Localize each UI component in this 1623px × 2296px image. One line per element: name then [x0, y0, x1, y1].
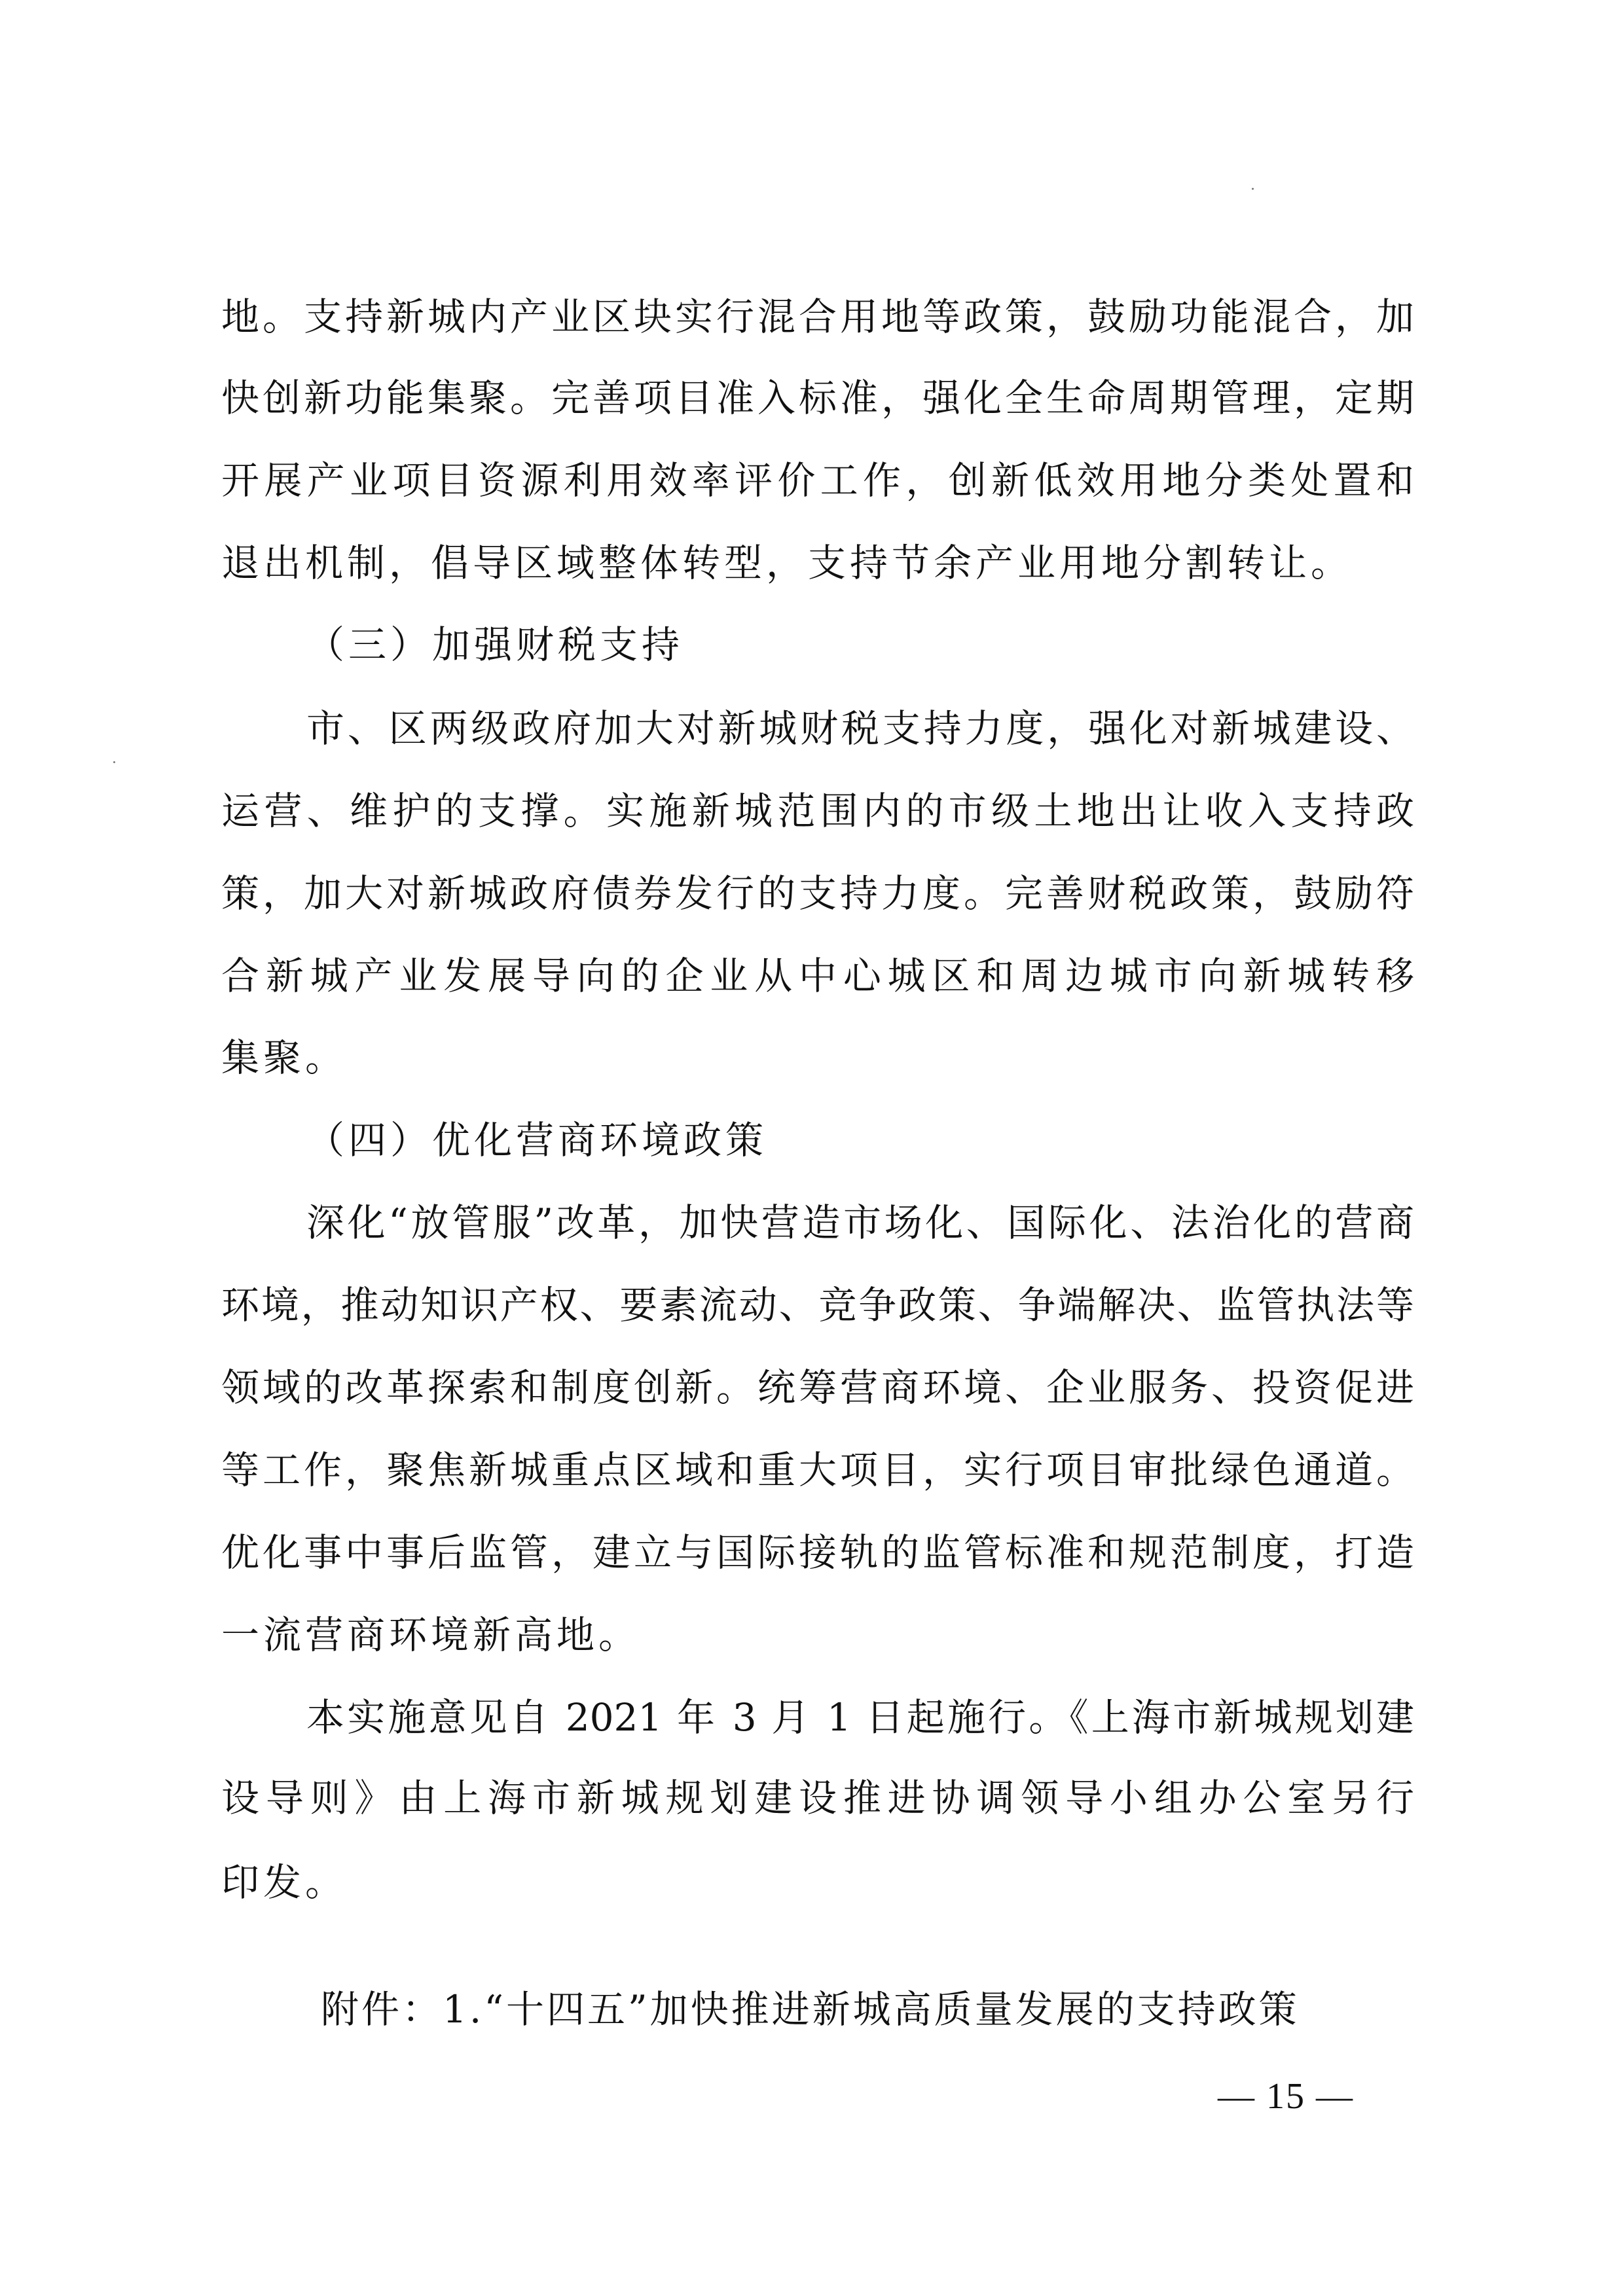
paragraph-line: 深化“放管服”改革，加快营造市场化、国际化、法治化的营商 [306, 1196, 1414, 1249]
section-heading-4: （四）优化营商环境政策 [306, 1114, 767, 1166]
paragraph-line: 市、区两级政府加大对新城财税支持力度，强化对新城建设、 [306, 702, 1414, 755]
attachment-line: 附件：1.“十四五”加快推进新城高质量发展的支持政策 [321, 1983, 1300, 2036]
paragraph-line: 印发。 [221, 1856, 347, 1909]
paragraph-line: 领域的改革探索和制度创新。统筹营商环境、企业服务、投资促进 [221, 1361, 1414, 1414]
paragraph-line: 本实施意见自 2021 年 3 月 1 日起施行。《上海市新城规划建 [306, 1691, 1414, 1744]
paragraph-line: 合新城产业发展导向的企业从中心城区和周边城市向新城转移 [221, 950, 1414, 1002]
paragraph-line: 运营、维护的支撑。实施新城范围内的市级土地出让收入支持政 [221, 785, 1414, 837]
paragraph-line: 环境，推动知识产权、要素流动、竞争政策、争端解决、监管执法等 [221, 1279, 1414, 1331]
scan-speck [113, 761, 115, 763]
paragraph-line: 集聚。 [221, 1031, 347, 1084]
section-heading-3: （三）加强财税支持 [306, 619, 684, 671]
paragraph-line: 优化事中事后监管，建立与国际接轨的监管标准和规范制度，打造 [221, 1526, 1414, 1579]
paragraph-line: 开展产业项目资源利用效率评价工作，创新低效用地分类处置和 [221, 454, 1414, 507]
paragraph-line: 策，加大对新城政府债券发行的支持力度。完善财税政策，鼓励符 [221, 867, 1414, 920]
paragraph-line: 设导则》由上海市新城规划建设推进协调领导小组办公室另行 [221, 1772, 1414, 1824]
paragraph-line: 快创新功能集聚。完善项目准入标准，强化全生命周期管理，定期 [221, 372, 1414, 424]
page-number: — 15 — [1218, 2073, 1354, 2119]
paragraph-line: 地。支持新城内产业区块实行混合用地等政策，鼓励功能混合，加 [221, 291, 1414, 343]
scan-speck [1252, 188, 1254, 190]
paragraph-line: 退出机制，倡导区域整体转型，支持节余产业用地分割转让。 [221, 537, 1353, 589]
paragraph-line: 等工作，聚焦新城重点区域和重大项目，实行项目审批绿色通道。 [221, 1444, 1414, 1496]
document-page: 地。支持新城内产业区块实行混合用地等政策，鼓励功能混合，加 快创新功能集聚。完善… [0, 0, 1623, 2296]
paragraph-line: 一流营商环境新高地。 [221, 1609, 640, 1661]
